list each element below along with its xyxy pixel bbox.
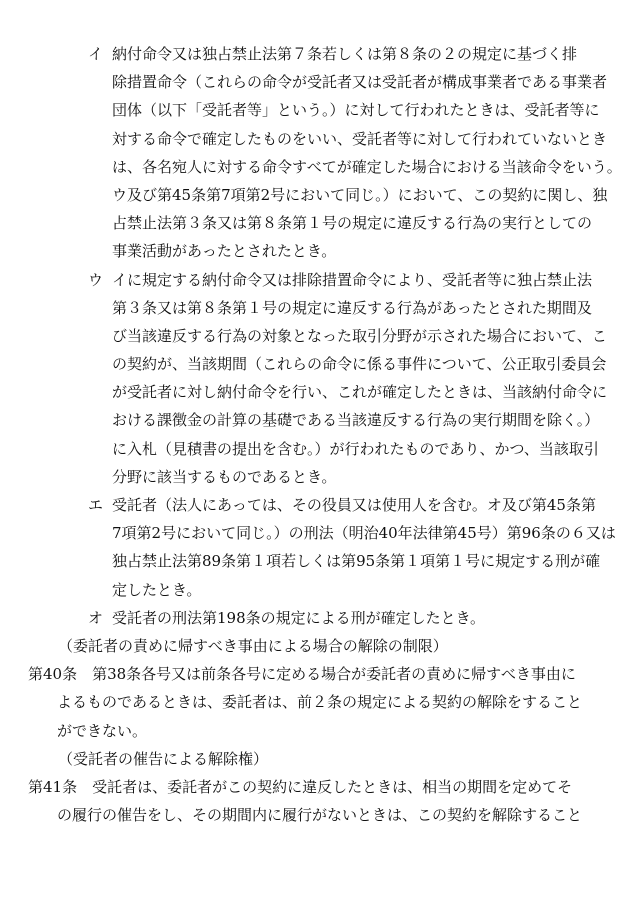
text-line: 第３条又は第８条第１号の規定に違反する行為があったとされた期間及: [112, 294, 630, 322]
clause-heading-text: （委託者の責めに帰すべき事由による場合の解除の制限）: [58, 632, 630, 660]
text-line: は、各名宛人に対する命令すべてが確定した場合における当該命令をいう。: [112, 153, 630, 181]
text-line: 定したとき。: [112, 576, 630, 604]
text-line: 団体（以下「受託者等」という。）に対して行われたときは、受託者等に: [112, 96, 630, 124]
text-line: に入札（見積書の提出を含む。）が行われたものであり、かつ、当該取引: [112, 435, 630, 463]
clause-heading-termination-limit: （委託者の責めに帰すべき事由による場合の解除の制限）: [0, 632, 630, 660]
text-line: オ 受託者の刑法第198条の規定による刑が確定したとき。: [112, 604, 630, 632]
article-41: 第41条 受託者は、委託者がこの契約に違反したときは、相当の期間を定めてそ の履…: [0, 773, 630, 829]
text-line: 占禁止法第３条又は第８条第１号の規定に違反する行為の実行としての: [112, 209, 630, 237]
text-line: ができない。: [57, 717, 630, 745]
text-line: ウ及び第45条第7項第2号において同じ。）において、この契約に関し、独: [112, 181, 630, 209]
text-line: 独占禁止法第89条第１項若しくは第95条第１項第１号に規定する刑が確: [112, 547, 630, 575]
text-line-content: 納付命令又は独占禁止法第７条若しくは第８条の２の規定に基づく排: [112, 45, 577, 63]
text-line-content: 受託者（法人にあっては、その役員又は使用人を含む。オ及び第45条第: [112, 496, 596, 514]
text-line: おける課徴金の計算の基礎である当該違反する行為の実行期間を除く。）: [112, 406, 630, 434]
text-line: 第40条 第38条各号又は前条各号に定める場合が委託者の責めに帰すべき事由に: [28, 660, 630, 688]
item-label: イ: [88, 40, 103, 68]
text-line: 7項第2号において同じ。）の刑法（明治40年法律第45号）第96条の６又は: [112, 519, 630, 547]
clause-heading-cancellation-right: （受託者の催告による解除権）: [0, 745, 630, 773]
text-line: 分野に該当するものであるとき。: [112, 463, 630, 491]
text-line-content: 受託者の刑法第198条の規定による刑が確定したとき。: [112, 609, 485, 627]
list-item-u: ウ イに規定する納付命令又は排除措置命令により、受託者等に独占禁止法 第３条又は…: [0, 266, 630, 492]
text-line: び当該違反する行為の対象となった取引分野が示された場合において、こ: [112, 322, 630, 350]
clause-heading-text: （受託者の催告による解除権）: [58, 745, 630, 773]
text-line: 除措置命令（これらの命令が受託者又は受託者が構成事業者である事業者: [112, 68, 630, 96]
list-item-o: オ 受託者の刑法第198条の規定による刑が確定したとき。: [0, 604, 630, 632]
item-label: ウ: [88, 266, 103, 294]
document-page: イ 納付命令又は独占禁止法第７条若しくは第８条の２の規定に基づく排 除措置命令（…: [0, 0, 630, 903]
item-label: オ: [88, 604, 103, 632]
text-line: が受託者に対し納付命令を行い、これが確定したときは、当該納付命令に: [112, 378, 630, 406]
text-line: の履行の催告をし、その期間内に履行がないときは、この契約を解除すること: [57, 801, 630, 829]
text-line: 第41条 受託者は、委託者がこの契約に違反したときは、相当の期間を定めてそ: [28, 773, 630, 801]
text-line: 事業活動があったとされたとき。: [112, 237, 630, 265]
text-line-content: イに規定する納付命令又は排除措置命令により、受託者等に独占禁止法: [112, 271, 592, 289]
text-line: よるものであるときは、委託者は、前２条の規定による契約の解除をすること: [57, 688, 630, 716]
text-line: エ 受託者（法人にあっては、その役員又は使用人を含む。オ及び第45条第: [112, 491, 630, 519]
text-line: ウ イに規定する納付命令又は排除措置命令により、受託者等に独占禁止法: [112, 266, 630, 294]
article-40: 第40条 第38条各号又は前条各号に定める場合が委託者の責めに帰すべき事由に よ…: [0, 660, 630, 745]
text-line: 対する命令で確定したものをいい、受託者等に対して行われていないとき: [112, 125, 630, 153]
text-line: の契約が、当該期間（これらの命令に係る事件について、公正取引委員会: [112, 350, 630, 378]
list-item-e: エ 受託者（法人にあっては、その役員又は使用人を含む。オ及び第45条第 7項第2…: [0, 491, 630, 604]
list-item-i: イ 納付命令又は独占禁止法第７条若しくは第８条の２の規定に基づく排 除措置命令（…: [0, 40, 630, 266]
text-line: イ 納付命令又は独占禁止法第７条若しくは第８条の２の規定に基づく排: [112, 40, 630, 68]
item-label: エ: [88, 491, 103, 519]
